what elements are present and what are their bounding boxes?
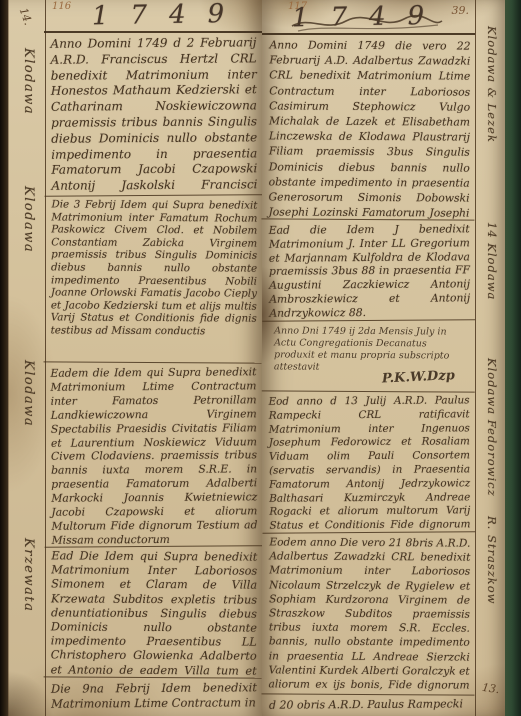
- register-entry-krzewata: Ead Die Idem qui Supra benedixit Matrimo…: [44, 546, 263, 678]
- register-entry-1749-feb2: Anno Domini 1749 d 2 Februarij A.R.D. Fr…: [43, 32, 262, 197]
- right-margin-column: Klodawa & Lezek 14 Klodawa Klodawa Fedor…: [475, 0, 506, 716]
- margin-note-klodawa-2: Klodawa: [21, 186, 36, 253]
- margin-note-klodawa-fedorowicz: Klodawa Fedorowicz: [485, 358, 499, 497]
- margin-top-mark: 14.: [17, 6, 35, 27]
- folio-number-left: 116: [52, 1, 71, 12]
- left-text-column: 116 1749 Anno Domini 1749 d 2 Februarij …: [44, 0, 262, 716]
- margin-note-straszkow: R. Straszkow: [485, 516, 499, 605]
- margin-note-14-klodawa: 14 Klodawa: [485, 222, 499, 300]
- left-margin-column: 14. Klodawa Klodawa Klodawa Krzewata: [8, 0, 46, 716]
- register-entry-feb22: Anno Domini 1749 die vero 22 Februarij A…: [261, 34, 475, 220]
- register-entry-ead-die: Ead die Idem J benedixit Matrimonium J. …: [262, 219, 476, 321]
- right-page: 117 1749 39. Anno Domini 1749 die vero 2…: [262, 0, 505, 716]
- corner-page-number: 39.: [452, 4, 470, 17]
- decanal-visitation-note: Anno Dni 1749 ij 2da Mensis July in Actu…: [262, 320, 475, 392]
- register-entry-feb9-clipped: Die 9na Febrij Idem benedixit Matrimoniu…: [44, 677, 262, 716]
- decanal-note-signature: P.K.W.Dzp: [274, 370, 469, 391]
- right-text-column: 117 1749 39. Anno Domini 1749 die vero 2…: [262, 0, 475, 716]
- overwritten-scribble: [288, 12, 448, 34]
- margin-note-krzewata: Krzewata: [21, 538, 36, 612]
- margin-note-klodawa-lezek: Klodawa & Lezek: [485, 26, 499, 143]
- year-heading-left: 1749: [92, 0, 247, 31]
- register-book-spread: 14. Klodawa Klodawa Klodawa Krzewata 116…: [0, 0, 521, 716]
- left-page: 14. Klodawa Klodawa Klodawa Krzewata 116…: [8, 0, 263, 716]
- register-entry-jul13: Eod anno d 13 Julij A.R.D. Paulus Rampec…: [262, 391, 476, 533]
- book-cover-edge: [505, 0, 521, 716]
- left-page-header: 116 1749: [44, 0, 262, 33]
- register-entry-eadem-die: Eadem die Idem qui Supra benedixit Matri…: [43, 362, 262, 548]
- register-entry-oct21: Eodem anno Die vero 21 8bris A.R.D. Adal…: [262, 532, 476, 695]
- bottom-margin-number: 13.: [481, 681, 500, 696]
- margin-note-klodawa-3: Klodawa: [21, 360, 36, 427]
- register-entry-oct20-clipped: d 20 obris A.R.D. Paulus Rampecki: [262, 694, 475, 716]
- margin-note-klodawa-1: Klodawa: [21, 48, 36, 115]
- decanal-note-text: Anno Dni 1749 ij 2da Mensis July in Actu…: [274, 325, 449, 372]
- register-entry-1749-feb3: Die 3 Febrij Idem qui Supra benedixit Ma…: [43, 195, 262, 363]
- right-page-header: 117 1749 39.: [262, 0, 475, 35]
